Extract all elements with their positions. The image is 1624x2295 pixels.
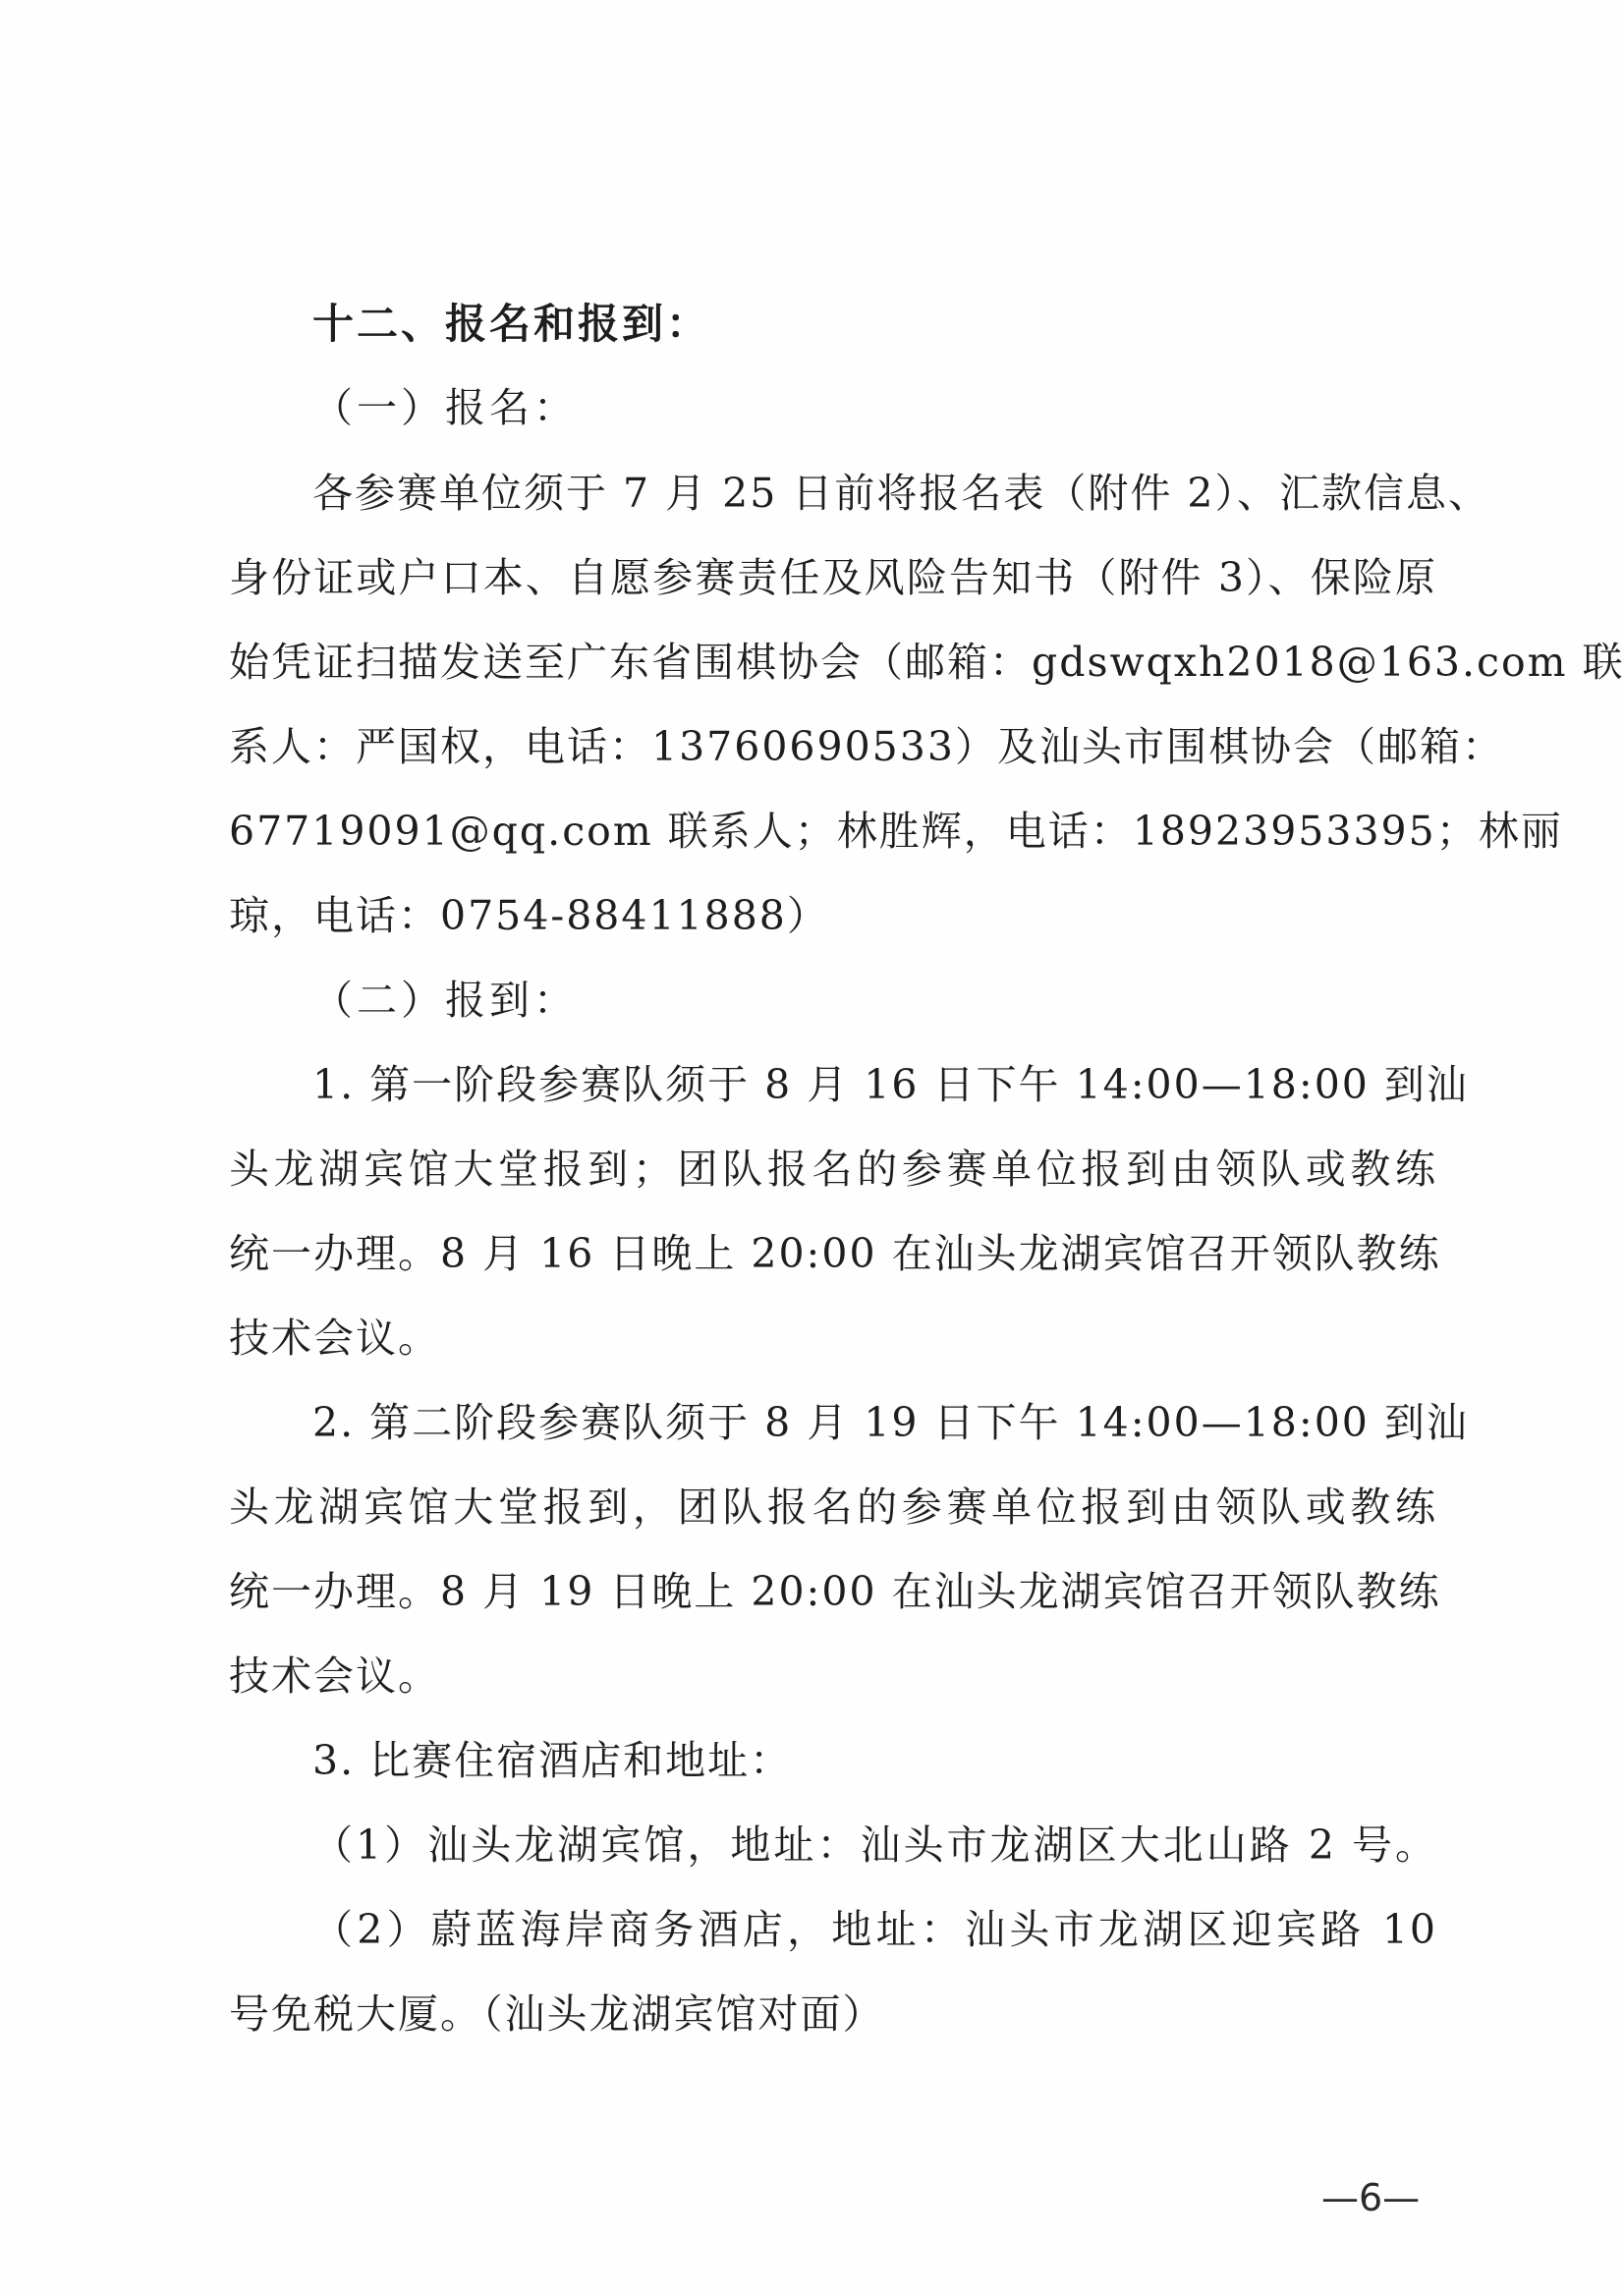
stage1-line-3: 统一办理。8 月 16 日晚上 20:00 在汕头龙湖宾馆召开领队教练 [229,1224,1437,1283]
registration-line-1: 各参赛单位须于 7 月 25 日前将报名表（附件 2）、汇款信息、 [312,464,1437,523]
registration-subheading: （一）报名： [312,378,578,437]
registration-line-4: 系人：严国权，电话：13760690533）及汕头市围棋协会（邮箱： [229,717,1437,776]
stage1-line-1: 1. 第一阶段参赛队须于 8 月 16 日下午 14:00—18:00 到汕 [312,1055,1437,1114]
registration-line-3: 始凭证扫描发送至广东省围棋协会（邮箱：gdswqxh2018@163.com 联 [229,633,1437,692]
hotel-2-line-1: （2）蔚蓝海岸商务酒店，地址：汕头市龙湖区迎宾路 10 [312,1900,1437,1959]
section-heading: 十二、报名和报到： [312,295,710,354]
registration-line-2: 身份证或户口本、自愿参赛责任及风险告知书（附件 3）、保险原 [229,548,1437,607]
stage2-line-2: 头龙湖宾馆大堂报到，团队报名的参赛单位报到由领队或教练 [229,1478,1437,1537]
document-page: 十二、报名和报到： （一）报名： 各参赛单位须于 7 月 25 日前将报名表（附… [0,0,1624,2295]
stage1-line-2: 头龙湖宾馆大堂报到；团队报名的参赛单位报到由领队或教练 [229,1140,1437,1199]
check-in-subheading: （二）报到： [312,971,578,1030]
hotel-1-line: （1）汕头龙湖宾馆，地址：汕头市龙湖区大北山路 2 号。 [312,1816,1437,1875]
registration-line-6: 琼，电话：0754-88411888） [229,886,1437,945]
registration-line-5: 67719091@qq.com 联系人；林胜辉，电话：18923953395；林… [229,802,1437,861]
stage2-line-3: 统一办理。8 月 19 日晚上 20:00 在汕头龙湖宾馆召开领队教练 [229,1562,1437,1621]
stage2-line-4: 技术会议。 [229,1647,1437,1706]
hotel-2-line-2: 号免税大厦。（汕头龙湖宾馆对面） [229,1985,1437,2043]
hotels-heading: 3. 比赛住宿酒店和地址： [312,1731,1437,1790]
page-number: —6— [1321,2173,1420,2222]
stage1-line-4: 技术会议。 [229,1309,1437,1368]
stage2-line-1: 2. 第二阶段参赛队须于 8 月 19 日下午 14:00—18:00 到汕 [312,1393,1437,1452]
